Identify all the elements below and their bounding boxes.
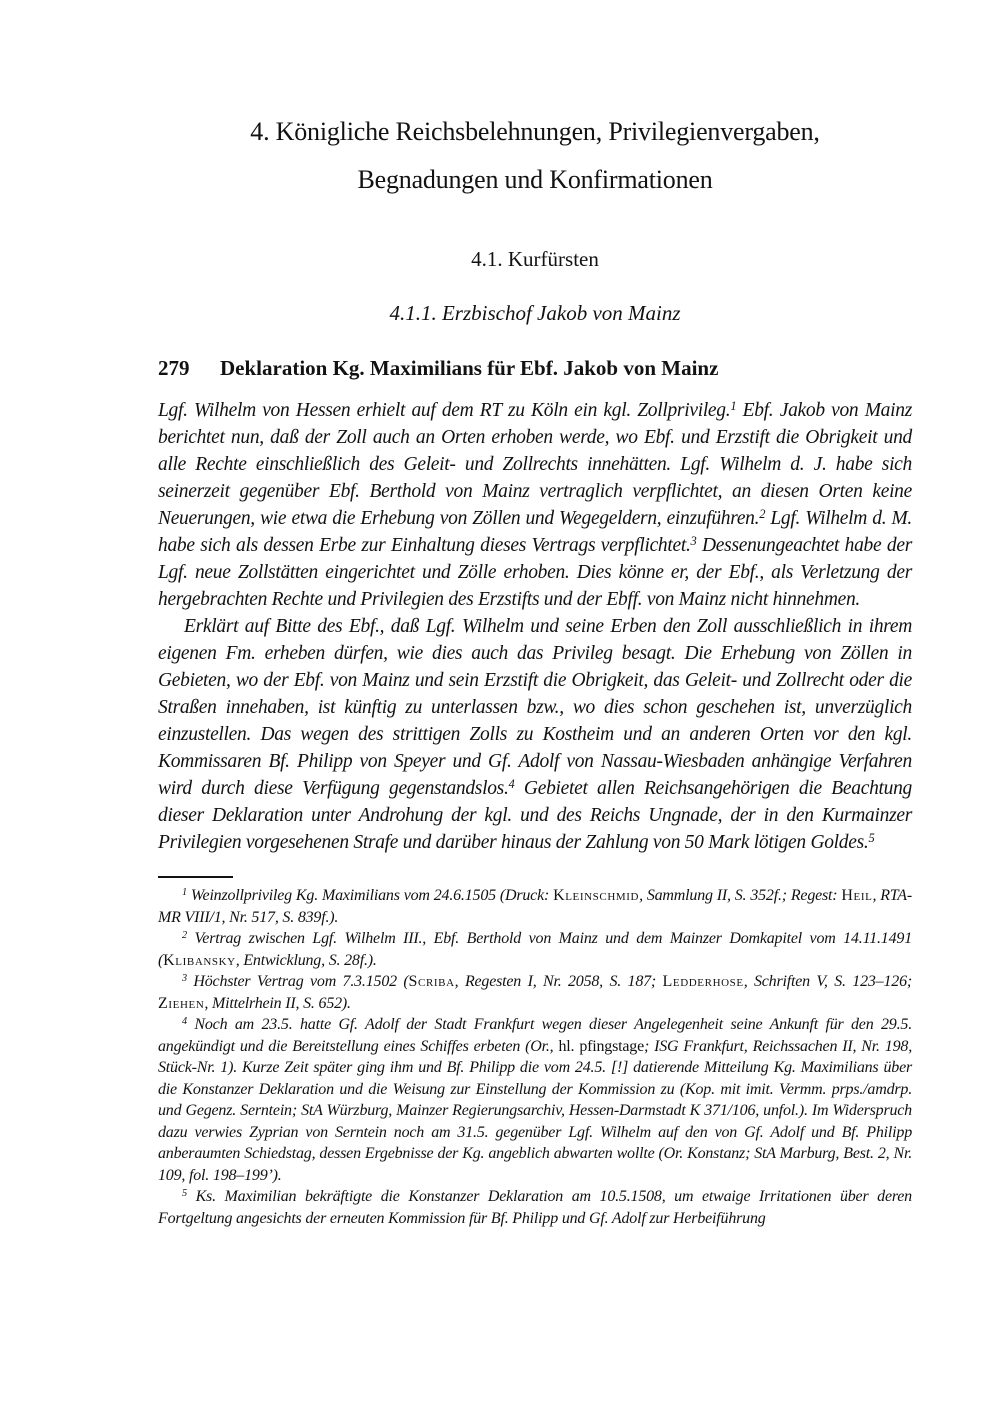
entry-heading: 279 Deklaration Kg. Maximilians für Ebf.… [158,355,912,382]
section-heading: 4.1. Kurfürsten [158,246,912,272]
entry-number: 279 [158,355,220,382]
subsection-heading: 4.1.1. Erzbischof Jakob von Mainz [158,300,912,326]
entry-body: Lgf. Wilhelm von Hessen erhielt auf dem … [158,397,912,856]
footnotes: 1 Weinzollprivileg Kg. Maximilians vom 2… [158,885,912,1229]
footnote-separator [158,876,233,878]
chapter-title-line1: 4. Königliche Reichsbelehnungen, Privile… [158,108,912,156]
footnote-4: 4 Noch am 23.5. hatte Gf. Adolf der Stad… [158,1014,912,1186]
book-page: 4. Königliche Reichsbelehnungen, Privile… [0,0,1004,1418]
body-paragraph: Lgf. Wilhelm von Hessen erhielt auf dem … [158,397,912,613]
chapter-title: 4. Königliche Reichsbelehnungen, Privile… [158,108,912,204]
chapter-title-line2: Begnadungen und Konfirmationen [158,156,912,204]
entry-title: Deklaration Kg. Maximilians für Ebf. Jak… [220,355,718,382]
footnote-3: 3 Höchster Vertrag vom 7.3.1502 (Scriba,… [158,971,912,1014]
footnote-2: 2 Vertrag zwischen Lgf. Wilhelm III., Eb… [158,928,912,971]
footnote-1: 1 Weinzollprivileg Kg. Maximilians vom 2… [158,885,912,928]
body-paragraph: Erklärt auf Bitte des Ebf., daß Lgf. Wil… [158,613,912,856]
footnote-5: 5 Ks. Maximilian bekräftigte die Konstan… [158,1186,912,1229]
